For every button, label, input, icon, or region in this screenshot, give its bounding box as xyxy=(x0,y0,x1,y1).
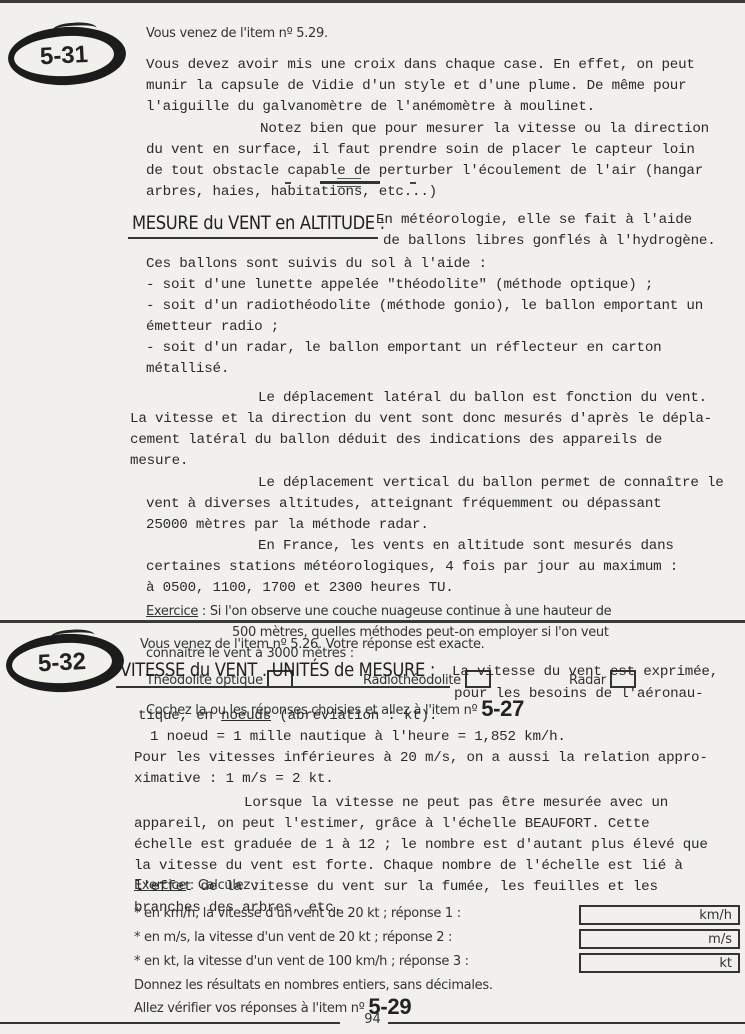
body-line: de tout obstacle capable de perturber l'… xyxy=(146,163,703,179)
body-line: mesure. xyxy=(130,453,188,469)
body-line: Vous devez avoir mis une croix dans chaq… xyxy=(146,57,695,73)
body-line: - soit d'une lunette appelée "théodolite… xyxy=(146,277,653,293)
badge-stroke-decoration xyxy=(52,21,97,36)
unit-label: km/h xyxy=(699,908,732,923)
section-divider xyxy=(0,620,745,623)
section-heading-wind-altitude: MESURE du VENT en ALTITUDE : xyxy=(132,212,385,234)
body-line: du vent en surface, il faut prendre soin… xyxy=(146,142,695,158)
body-line: - soit d'un radar, le ballon emportant u… xyxy=(146,340,661,356)
question-2: * en m/s, la vitesse d'un vent de 20 kt … xyxy=(134,930,452,945)
answer-field-2[interactable]: m/s xyxy=(579,929,740,949)
exercise-note: Donnez les résultats en nombres entiers,… xyxy=(134,978,493,993)
body-line: La vitesse et la direction du vent sont … xyxy=(130,411,712,427)
body-line: - soit d'un radiothéodolite (méthode gon… xyxy=(146,298,703,314)
body-line: Lorsque la vitesse ne peut pas être mesu… xyxy=(244,795,668,811)
body-line: émetteur radio ; xyxy=(146,319,279,335)
answer-field-1[interactable]: km/h xyxy=(579,905,740,925)
badge-number: 5-31 xyxy=(39,41,88,71)
answer-input-1[interactable] xyxy=(585,907,699,925)
section-separator-ornament xyxy=(285,178,435,188)
body-line: cement latéral du ballon déduit des indi… xyxy=(130,432,662,448)
body-line: Pour les vitesses inférieures à 20 m/s, … xyxy=(134,750,708,766)
question-1: * en km/h, la vitesse d'un vent de 20 kt… xyxy=(134,906,461,921)
exercise-question-line: : Si l'on observe une couche nuageuse co… xyxy=(198,604,611,619)
unit-prefix: tique, en xyxy=(138,708,221,724)
unit-suffix: (abréviation : kt). xyxy=(271,708,437,724)
exercise-label: Exercice xyxy=(146,604,198,619)
exercise-question: Exercice : Si l'on observe une couche nu… xyxy=(146,604,611,619)
heading-text-line: pour les besoins de l'aéronau- xyxy=(454,686,703,702)
page-number: 94 xyxy=(0,1012,745,1027)
item-badge-5-32: 5-32 xyxy=(5,631,126,695)
body-line: tique, en noeuds (abréviation : kt). xyxy=(138,708,437,724)
body-line: munir la capsule de Vidie d'un style et … xyxy=(146,78,686,94)
body-line: Le déplacement vertical du ballon permet… xyxy=(258,475,724,491)
exercise-prompt: Exercice : Calculez : xyxy=(134,878,258,893)
answer-input-3[interactable] xyxy=(585,955,699,973)
unit-word: noeuds xyxy=(221,708,271,724)
body-line: 25000 mètres par la méthode radar. xyxy=(146,517,429,533)
answer-field-3[interactable]: kt xyxy=(579,953,740,973)
exercise-label: Exercice xyxy=(134,878,186,893)
answer-input-2[interactable] xyxy=(585,931,699,949)
question-3: * en kt, la vitesse d'un vent de 100 km/… xyxy=(134,954,469,969)
heading-text-line: En météorologie, elle se fait à l'aide xyxy=(376,212,692,228)
from-item-text: Vous venez de l'item nº 5.29. xyxy=(146,26,328,41)
body-line: vent à diverses altitudes, atteignant fr… xyxy=(146,496,661,512)
unit-label: kt xyxy=(719,956,732,971)
body-line: métallisé. xyxy=(146,361,229,377)
body-line: ximative : 1 m/s = 2 kt. xyxy=(134,771,334,787)
body-line: Notez bien que pour mesurer la vitesse o… xyxy=(260,121,709,137)
heading-underline xyxy=(128,237,378,239)
body-line: appareil, on peut l'estimer, grâce à l'é… xyxy=(134,816,649,832)
body-line: En France, les vents en altitude sont me… xyxy=(258,538,674,554)
heading-text-line: de ballons libres gonflés à l'hydrogène. xyxy=(383,233,716,249)
heading-text-line: La vitesse du vent est exprimée, xyxy=(452,664,718,680)
exercise-prompt-text: : Calculez : xyxy=(186,878,258,893)
body-line: certaines stations météorologiques, 4 fo… xyxy=(146,559,678,575)
from-item-text: Vous venez de l'item nº 5.26. Votre répo… xyxy=(140,637,484,652)
body-line: échelle est graduée de 1 à 12 ; le nombr… xyxy=(134,837,708,853)
footer-rule-right xyxy=(388,1022,745,1024)
body-line: 1 noeud = 1 mille nautique à l'heure = 1… xyxy=(150,729,566,745)
top-border-rule xyxy=(0,0,745,3)
body-line: Ces ballons sont suivis du sol à l'aide … xyxy=(146,256,487,272)
body-line: Le déplacement latéral du ballon est fon… xyxy=(258,390,707,406)
body-line: la vitesse du vent est forte. Chaque nom… xyxy=(134,858,683,874)
badge-stroke-decoration xyxy=(50,628,95,643)
body-line: l'aiguille du galvanomètre de l'anémomèt… xyxy=(146,99,595,115)
section-heading-wind-speed-units: VITESSE du VENT . UNITÉS de MESURE : xyxy=(120,659,435,681)
item-badge-5-31: 5-31 xyxy=(7,24,128,88)
badge-number: 5-32 xyxy=(37,648,86,678)
heading-underline xyxy=(116,686,450,688)
unit-label: m/s xyxy=(708,932,732,947)
body-line: à 0500, 1100, 1700 et 2300 heures TU. xyxy=(146,580,454,596)
